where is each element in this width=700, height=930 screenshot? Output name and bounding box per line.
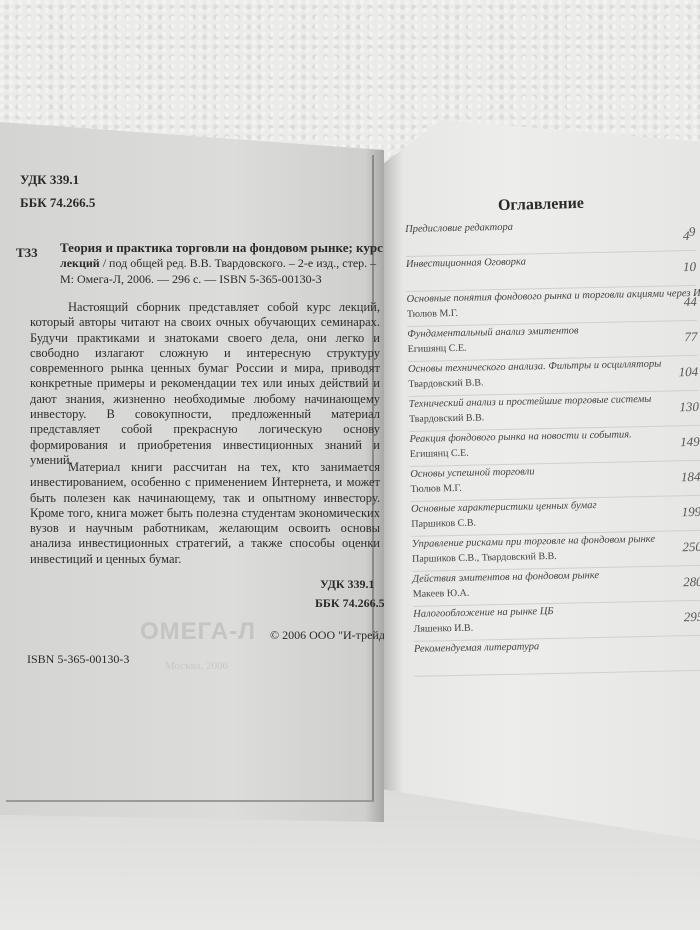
- toc-entry-author: Твардовский В.В.: [408, 377, 483, 390]
- publisher-sub: Москва, 2006: [165, 660, 228, 672]
- toc-entry: Управление рисками при торговле на фондо…: [412, 531, 700, 572]
- toc-entry-page: 280: [683, 574, 700, 590]
- toc-entry-author: Макеев Ю.А.: [413, 588, 470, 600]
- toc-entry-title: Основы технического анализа. Фильтры и о…: [408, 359, 661, 375]
- toc-entry-author: Паршиков С.В.: [411, 518, 476, 530]
- toc-entry-page: 44: [684, 294, 697, 310]
- toc-list: Предисловие редактора9Инвестиционная Ого…: [405, 216, 700, 677]
- toc-entry-title: Инвестиционная Оговорка: [406, 256, 526, 270]
- toc-entry-title: Реакция фондового рынка на новости и соб…: [409, 429, 631, 445]
- toc-entry-author: Тюлюв М.Г.: [410, 483, 461, 495]
- bib-line2: лекций / под общей ред. В.В. Твардовског…: [60, 256, 376, 271]
- bbk-code: ББК 74.266.5: [20, 195, 95, 211]
- copyright: © 2006 ООО "И-трейд": [270, 628, 390, 643]
- toc-entry-page: 184: [681, 469, 700, 485]
- toc-entry-page: 9: [689, 224, 696, 240]
- toc-entry-page: 250: [682, 539, 700, 555]
- bib-line2-bold: лекций: [60, 256, 100, 270]
- bib-line3: М: Омега-Л, 2006. — 296 с. — ISBN 5-365-…: [60, 272, 322, 287]
- toc-entry-page: 199: [681, 504, 700, 520]
- annotation-paragraph-1: Настоящий сборник представляет собой кур…: [30, 300, 380, 468]
- toc-entry-title: Управление рисками при торговле на фондо…: [412, 534, 656, 550]
- toc-entry-title: Основные характеристики ценных бумаг: [411, 500, 597, 515]
- annotation-paragraph-2: Материал книги рассчитан на тех, кто зан…: [30, 460, 380, 567]
- toc-entry-title: Фундаментальный анализ эмитентов: [407, 325, 578, 340]
- toc-title: Оглавление: [498, 195, 584, 215]
- udk-code: УДК 339.1: [20, 172, 79, 188]
- toc-entry-title: Действия эмитентов на фондовом рынке: [412, 570, 599, 585]
- toc-entry: Действия эмитентов на фондовом рынкеМаке…: [412, 566, 700, 607]
- publisher-logo: ОМЕГА-Л: [140, 618, 256, 646]
- toc-entry: Рекомендуемая литература: [414, 636, 700, 677]
- toc-entry-author: Тюлюв М.Г.: [407, 308, 458, 320]
- bib-title: Теория и практика торговли на фондовом р…: [60, 240, 383, 256]
- toc-entry-page: 295: [684, 609, 700, 625]
- bib-line2-rest: / под общей ред. В.В. Твардовского. – 2-…: [100, 256, 376, 270]
- toc-entry: Налогообложение на рынке ЦБЛяшенко И.В.2…: [413, 601, 700, 642]
- toc-entry-author: Ляшенко И.В.: [413, 623, 473, 635]
- toc-entry-title: Основы успешной торговли: [410, 466, 535, 480]
- toc-entry-page: 10: [683, 259, 696, 275]
- toc-entry: Основные характеристики ценных бумагПарш…: [411, 496, 700, 537]
- toc-entry-title: Предисловие редактора: [405, 222, 513, 235]
- annotation-text-2: Материал книги рассчитан на тех, кто зан…: [30, 460, 380, 567]
- toc-entry: Основы успешной торговлиТюлюв М.Г.184: [410, 461, 700, 502]
- toc-entry-author: Егишянц С.Е.: [410, 448, 469, 460]
- toc-entry-title: Рекомендуемая литература: [414, 641, 539, 655]
- catalog-code: Т33: [16, 245, 38, 261]
- toc-entry-author: Егишянц С.Е.: [408, 343, 467, 355]
- toc-entry-page: 77: [684, 329, 697, 345]
- udk-bottom: УДК 339.1: [320, 577, 375, 592]
- toc-entry-title: Технический анализ и простейшие торговые…: [409, 394, 652, 410]
- toc-entry-author: Твардовский В.В.: [409, 412, 484, 425]
- isbn: ISBN 5-365-00130-3: [27, 652, 129, 667]
- toc-entry-page: 104: [679, 364, 699, 380]
- toc-entry-page: 130: [679, 399, 699, 415]
- annotation-text: Настоящий сборник представляет собой кур…: [30, 300, 380, 468]
- toc-entry-title: Налогообложение на рынке ЦБ: [413, 606, 554, 620]
- toc-entry-author: Паршиков С.В., Твардовский В.В.: [412, 551, 557, 565]
- toc-entry-page: 149: [680, 434, 700, 450]
- bbk-bottom: ББК 74.266.5: [315, 596, 385, 611]
